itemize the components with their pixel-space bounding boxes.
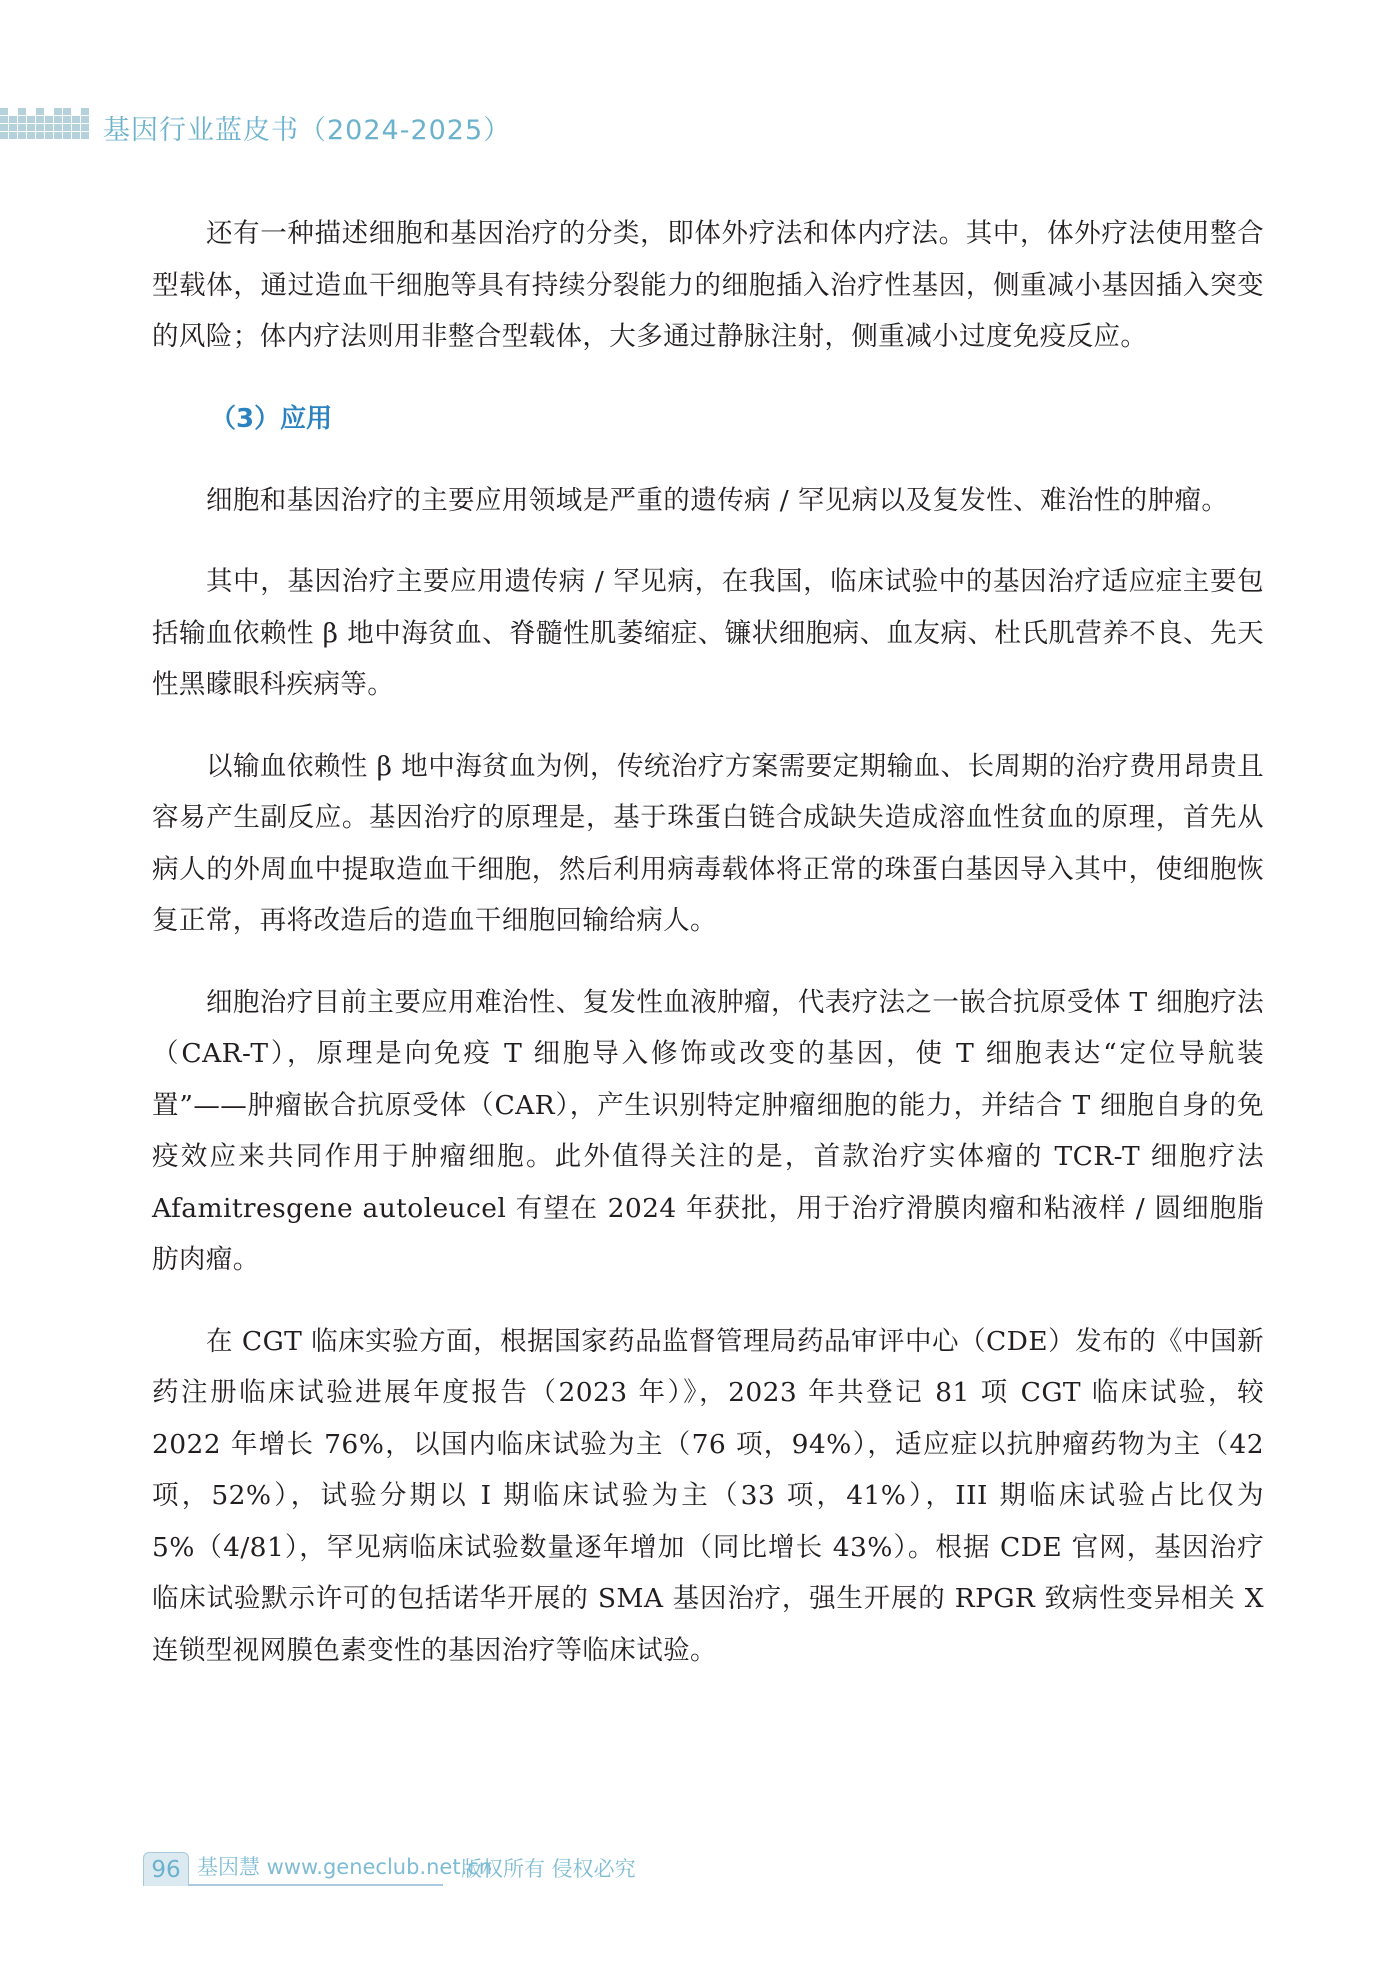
book-title: 基因行业蓝皮书（2024-2025） — [103, 108, 511, 147]
paragraph-thalassemia-example: 以输血依赖性 β 地中海贫血为例，传统治疗方案需要定期输血、长周期的治疗费用昂贵… — [152, 741, 1264, 947]
page-number: 96 — [143, 1852, 189, 1886]
paragraph-application-areas: 细胞和基因治疗的主要应用领域是严重的遗传病 / 罕见病以及复发性、难治性的肿瘤。 — [152, 475, 1264, 527]
page-footer: 96 基因慧 www.geneclub.net.cn 版权所有 侵权必究 — [143, 1852, 636, 1886]
paragraph-therapy-classification: 还有一种描述细胞和基因治疗的分类，即体外疗法和体内疗法。其中，体外疗法使用整合型… — [152, 208, 1264, 363]
copyright-notice: 版权所有 侵权必究 — [443, 1853, 636, 1886]
paragraph-cgt-clinical-trials: 在 CGT 临床实验方面，根据国家药品监督管理局药品审评中心（CDE）发布的《中… — [152, 1316, 1264, 1677]
paragraph-cell-therapy: 细胞治疗目前主要应用难治性、复发性血液肿瘤，代表疗法之一嵌合抗原受体 T 细胞疗… — [152, 977, 1264, 1286]
running-header — [0, 105, 89, 141]
section-heading-application: （3）应用 — [152, 393, 1264, 445]
decorative-bar-pattern-icon — [0, 108, 89, 139]
page-body: 还有一种描述细胞和基因治疗的分类，即体外疗法和体内疗法。其中，体外疗法使用整合型… — [152, 208, 1264, 1676]
footer-website-link[interactable]: 基因慧 www.geneclub.net.cn — [189, 1851, 443, 1886]
paragraph-gene-therapy-indications: 其中，基因治疗主要应用遗传病 / 罕见病，在我国，临床试验中的基因治疗适应症主要… — [152, 556, 1264, 711]
